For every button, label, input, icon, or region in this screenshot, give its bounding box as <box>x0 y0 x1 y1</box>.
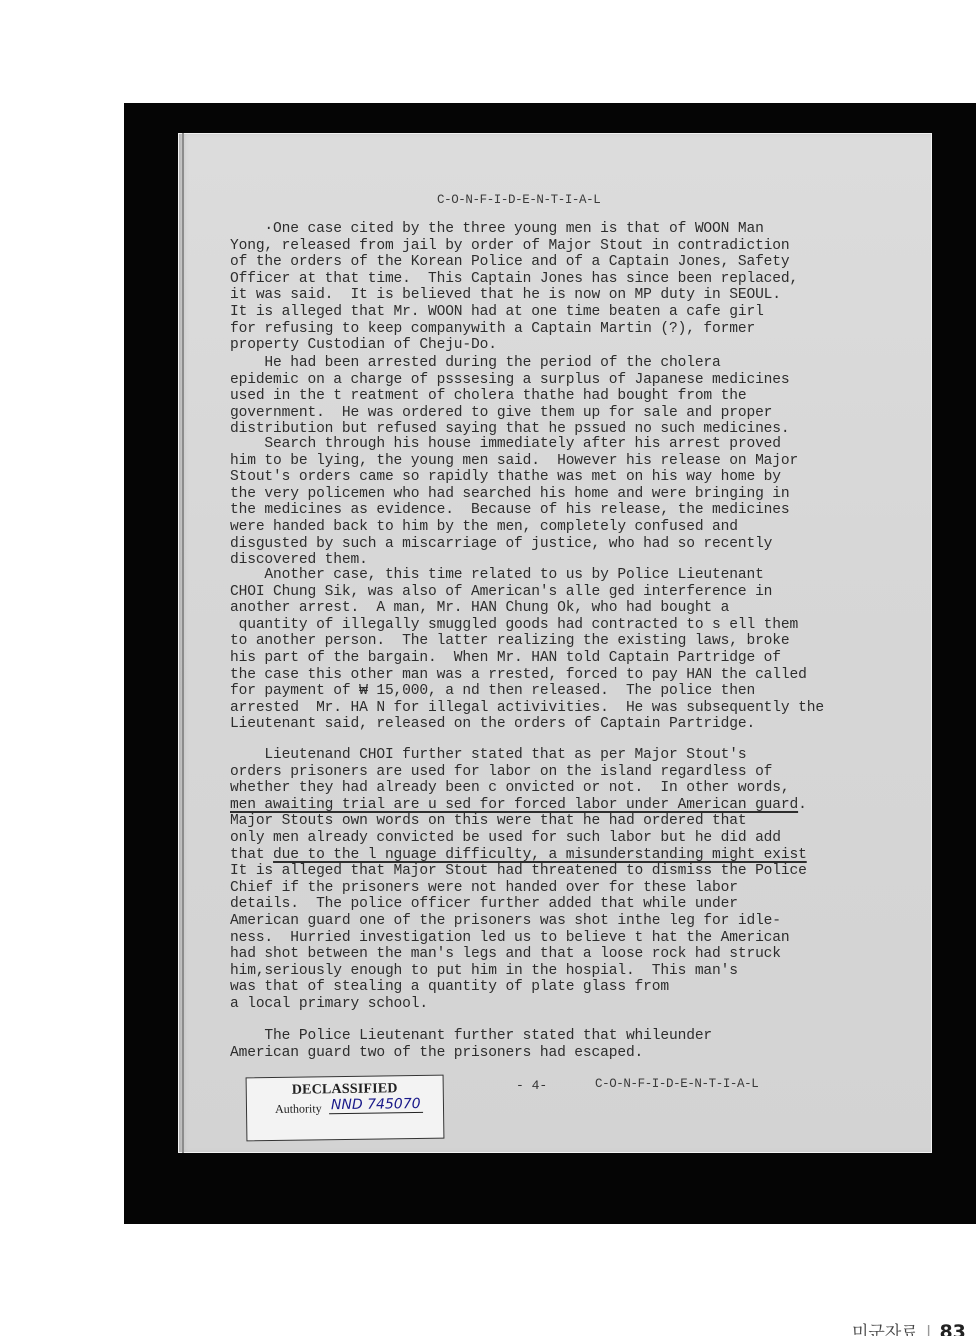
text-prefix: that <box>230 847 273 863</box>
underlined-statement-language: due to the l nguage difficulty, a misund… <box>273 847 807 863</box>
paragraph-house-search: Search through his house immediately aft… <box>230 436 798 569</box>
document-page-number: - 4- <box>516 1078 547 1093</box>
declassified-stamp: DECLASSIFIED Authority NND 745070 <box>246 1075 445 1142</box>
paragraph-forced-labor: Lieutenand CHOI further stated that as p… <box>230 747 807 1013</box>
paragraph-han-case: Another case, this time related to us by… <box>230 567 824 733</box>
paper-edge <box>182 133 184 1153</box>
book-page-number: 83 <box>939 1321 965 1336</box>
classification-footer: C-O-N-F-I-D-E-N-T-I-A-L <box>595 1077 758 1091</box>
footer-separator: | <box>926 1323 932 1336</box>
classification-header: C-O-N-F-I-D-E-N-T-I-A-L <box>437 193 600 207</box>
stout-words: Major Stouts own words on this were that… <box>230 813 781 846</box>
period: . <box>798 797 807 813</box>
book-section-label: 미군자료 <box>852 1323 918 1336</box>
paragraph-escape: The Police Lieutenant further stated tha… <box>230 1028 712 1061</box>
forced-labor-intro: Lieutenand CHOI further stated that as p… <box>230 747 790 796</box>
book-footer: 미군자료|83 <box>852 1318 966 1336</box>
paragraph-woon-case: ·One case cited by the three young men i… <box>230 221 798 354</box>
stamp-authority-value: NND 745070 <box>329 1096 423 1114</box>
underlined-statement-forced-labor: men awaiting trial are u sed for forced … <box>230 797 798 813</box>
forced-labor-rest: It is alleged that Major Stout had threa… <box>230 863 807 1012</box>
stamp-authority-label: Authority <box>275 1101 322 1117</box>
paragraph-cholera-arrest: He had been arrested during the period o… <box>230 355 790 438</box>
